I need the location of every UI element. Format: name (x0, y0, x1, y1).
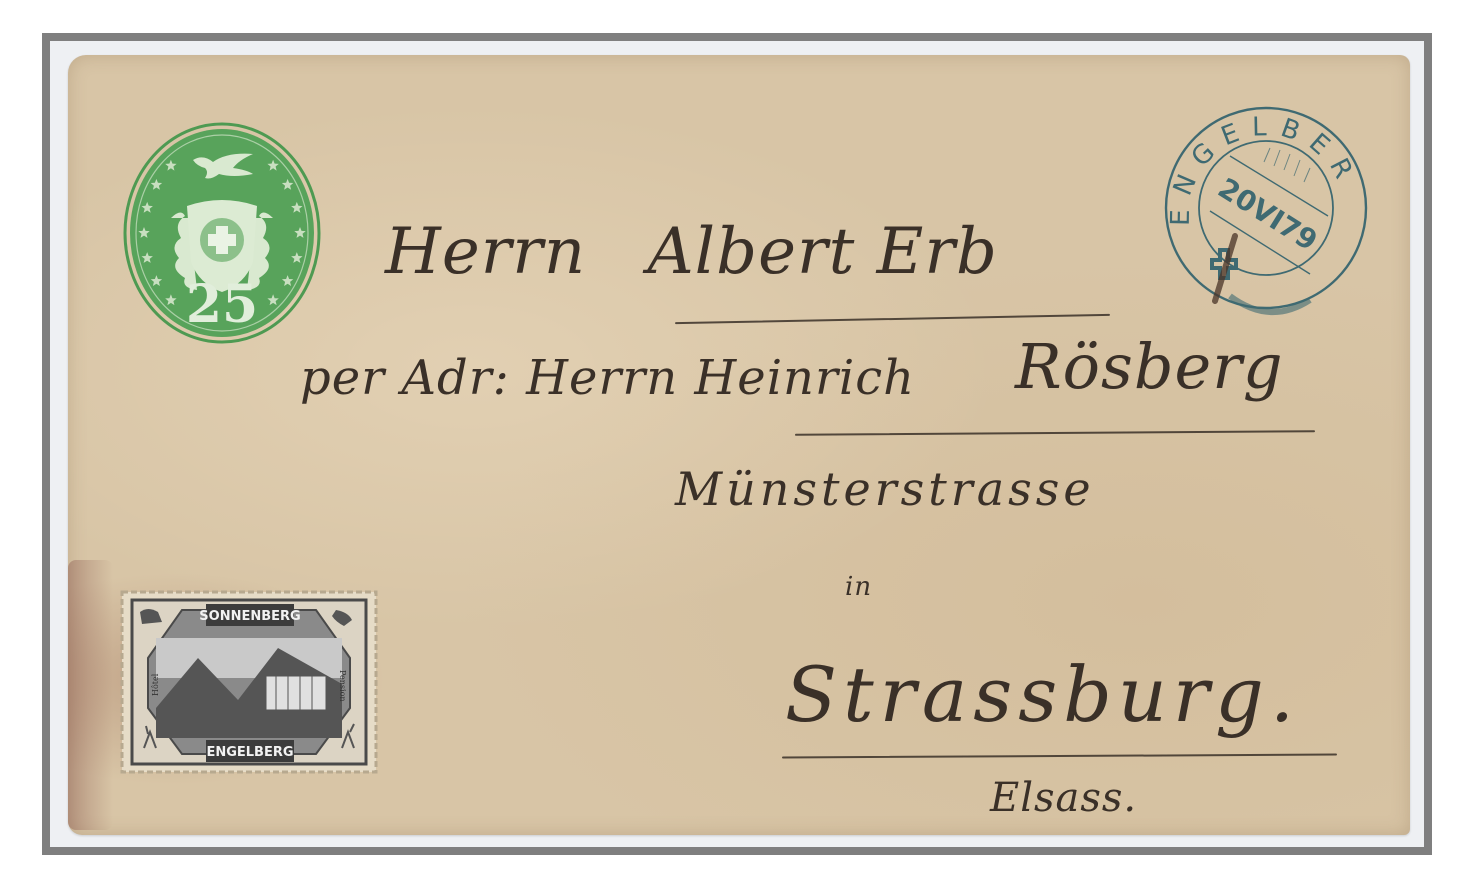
sonnenberg-vignette-label: SONNENBERG ENGELBERG Hôtel Pension (118, 588, 380, 776)
stain-mark (68, 560, 113, 830)
recipient-name: Albert Erb (647, 215, 997, 289)
address-line-street: Münsterstrasse (675, 462, 1095, 516)
svg-text:25: 25 (186, 274, 258, 335)
svg-text:SONNENBERG: SONNENBERG (199, 609, 300, 624)
address-line-care-of: per Adr: Herrn Heinrich (300, 350, 915, 406)
embossed-stamp: 25 (123, 122, 321, 344)
svg-text:20VI79: 20VI79 (1212, 171, 1323, 257)
address-line-preposition: in (845, 572, 872, 602)
address-line-region: Elsass. (990, 775, 1137, 821)
postmark-cancellation: ENGELBERG 20VI79 (1160, 96, 1372, 328)
swiss-coat-of-arms-icon: 25 (123, 122, 321, 344)
svg-text:Pension: Pension (338, 670, 347, 702)
salutation: Herrn (385, 215, 586, 289)
svg-text:ENGELBERG: ENGELBERG (206, 745, 293, 760)
care-of-surname: Rösberg (1015, 330, 1284, 403)
address-line-city: Strassburg. (785, 650, 1300, 739)
svg-text:Hôtel: Hôtel (151, 673, 160, 696)
address-line-recipient: Herrn Albert Erb (385, 215, 998, 289)
